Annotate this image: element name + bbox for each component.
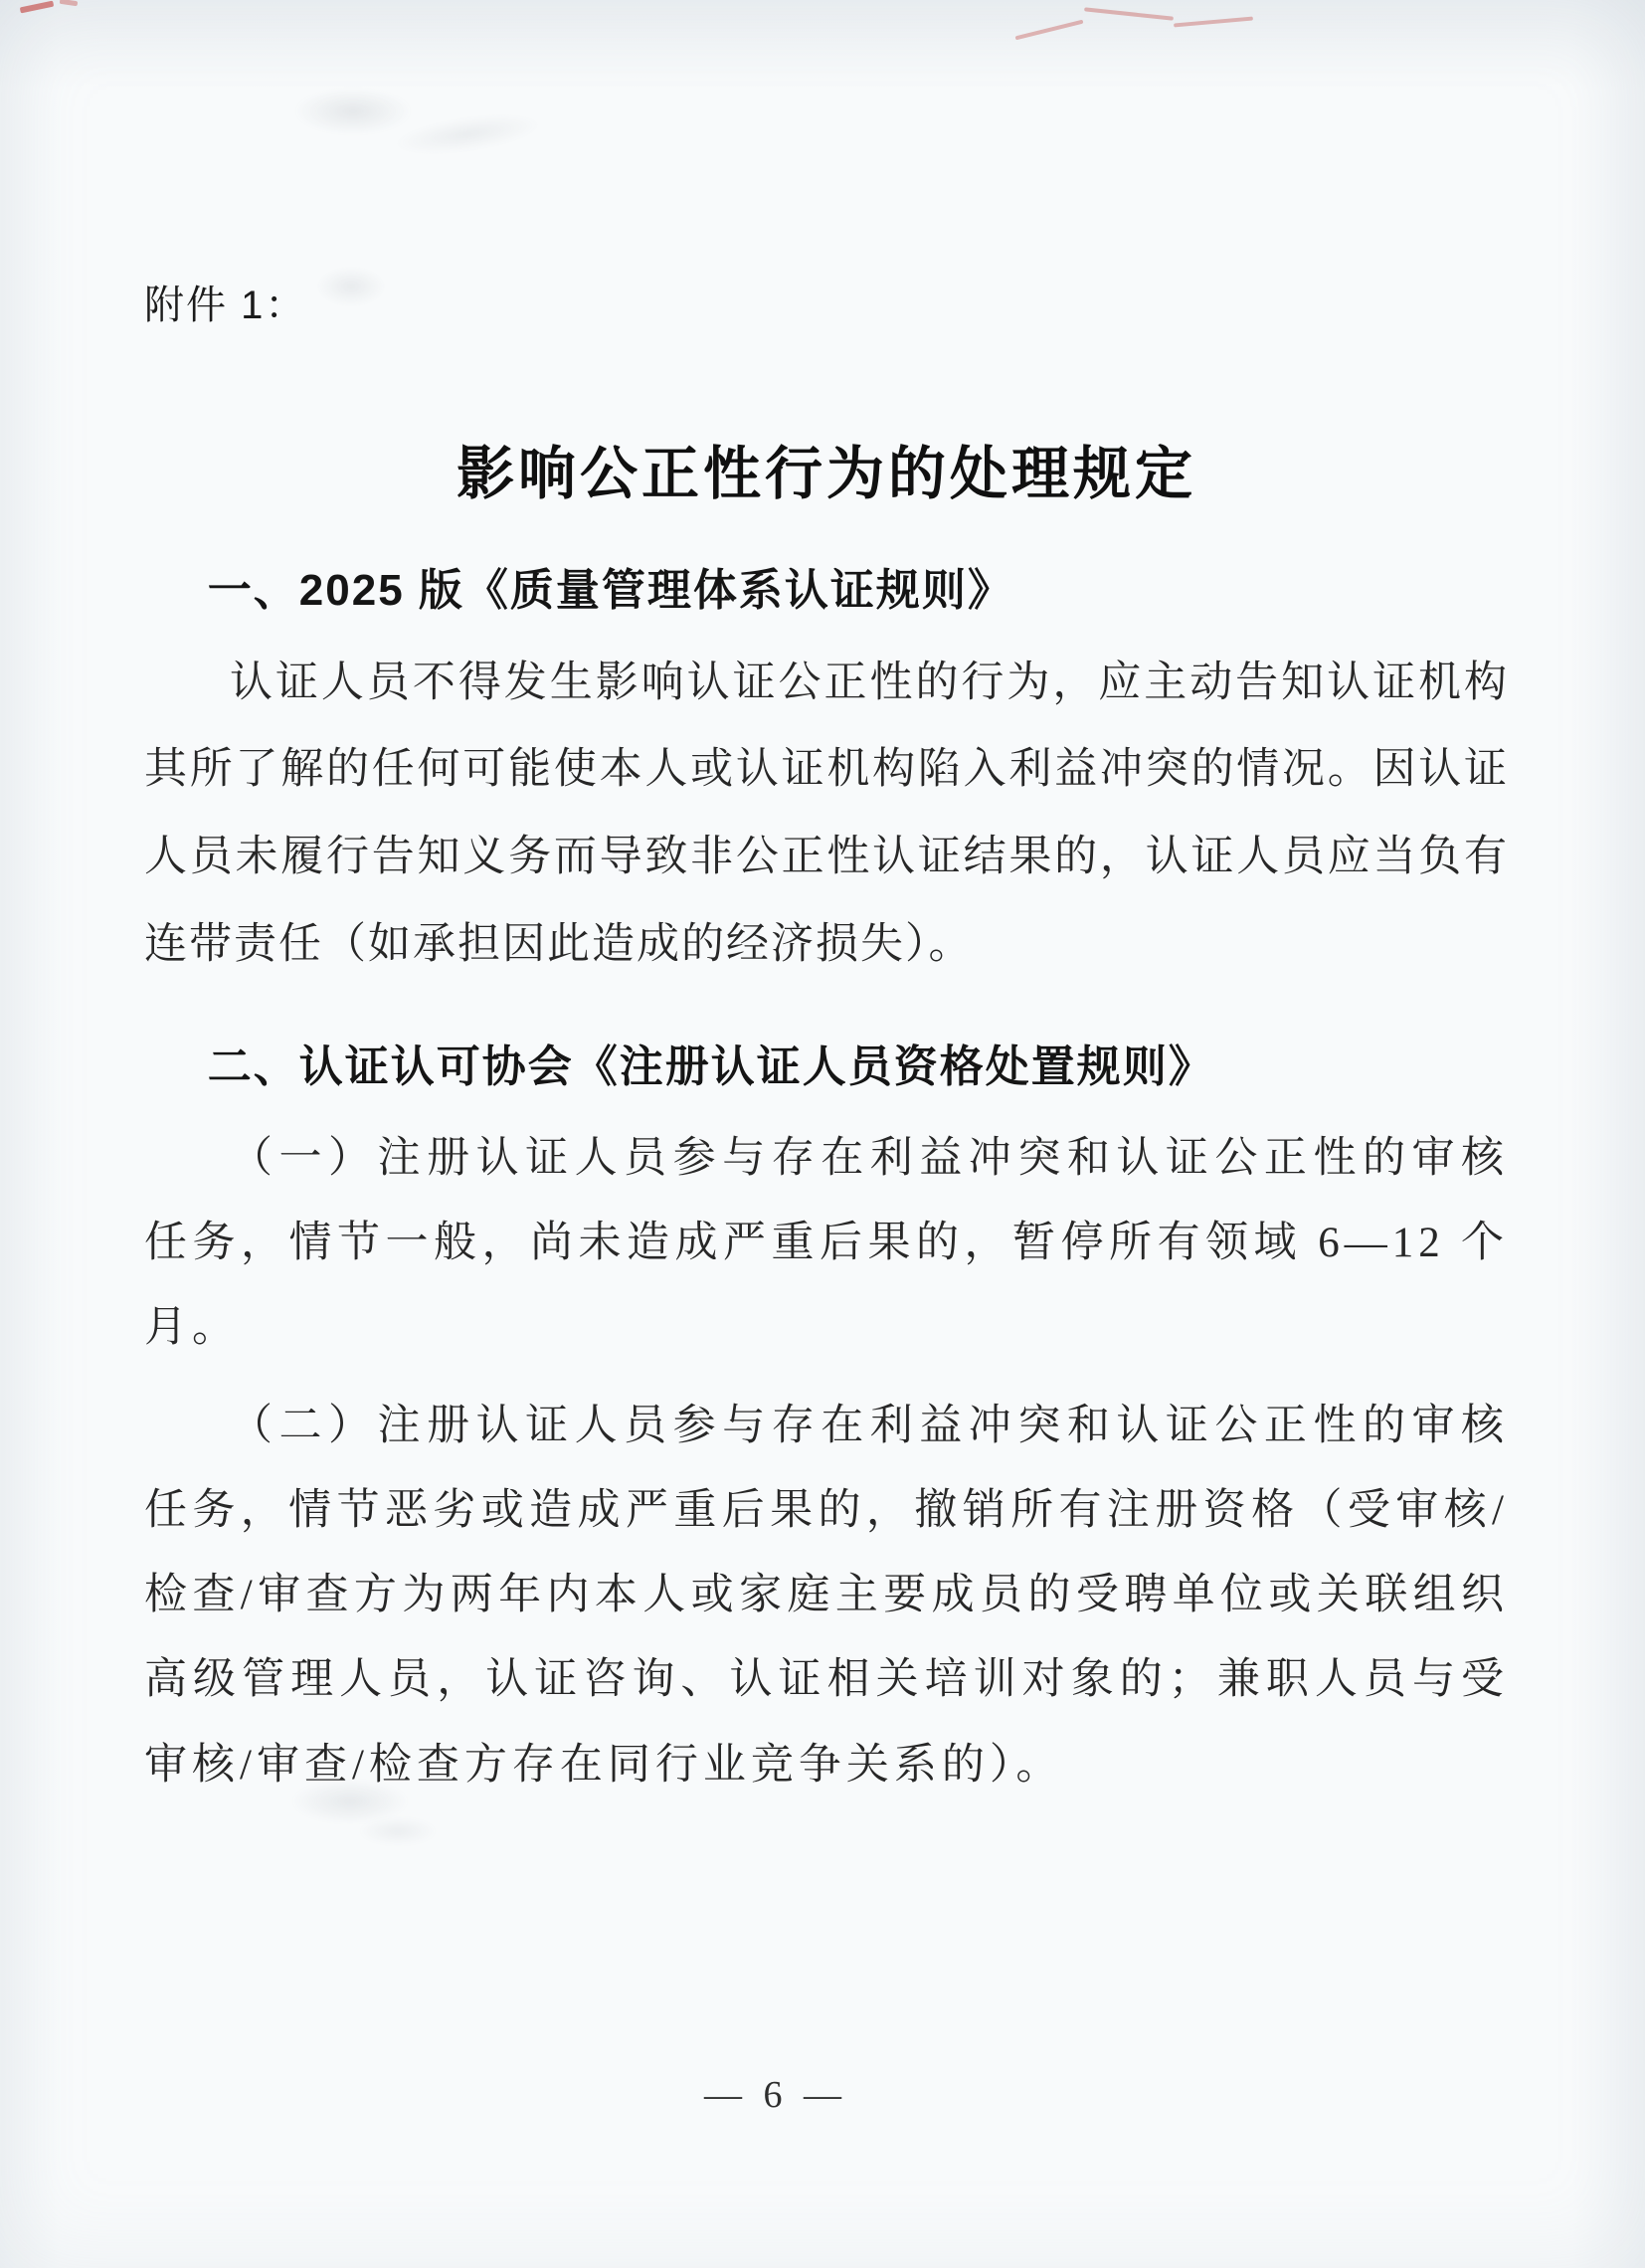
scan-red-mark xyxy=(20,1,55,14)
section-2-paragraph-1: （一）注册认证人员参与存在利益冲突和认证公正性的审核任务，情节一般，尚未造成严重… xyxy=(144,1116,1509,1370)
attachment-label: 附件 1： xyxy=(144,282,1509,329)
section-1-heading: 一、2025 版《质量管理体系认证规则》 xyxy=(144,557,1509,625)
section-1-paragraph: 认证人员不得发生影响认证公正性的行为，应主动告知认证机构其所了解的任何可能使本人… xyxy=(144,640,1509,989)
document-content: 附件 1： 影响公正性行为的处理规定 一、2025 版《质量管理体系认证规则》 … xyxy=(144,0,1509,1807)
page-number: — 6 — xyxy=(0,2073,1552,2117)
scanned-document-page: 附件 1： 影响公正性行为的处理规定 一、2025 版《质量管理体系认证规则》 … xyxy=(0,0,1645,2268)
document-title: 影响公正性行为的处理规定 xyxy=(144,437,1509,511)
scan-smudge xyxy=(358,1816,438,1846)
section-2-heading: 二、认证认可协会《注册认证人员资格处置规则》 xyxy=(144,1034,1509,1101)
scan-red-mark xyxy=(60,0,79,6)
section-2-paragraph-2: （二）注册认证人员参与存在利益冲突和认证公正性的审核任务，情节恶劣或造成严重后果… xyxy=(144,1384,1509,1807)
